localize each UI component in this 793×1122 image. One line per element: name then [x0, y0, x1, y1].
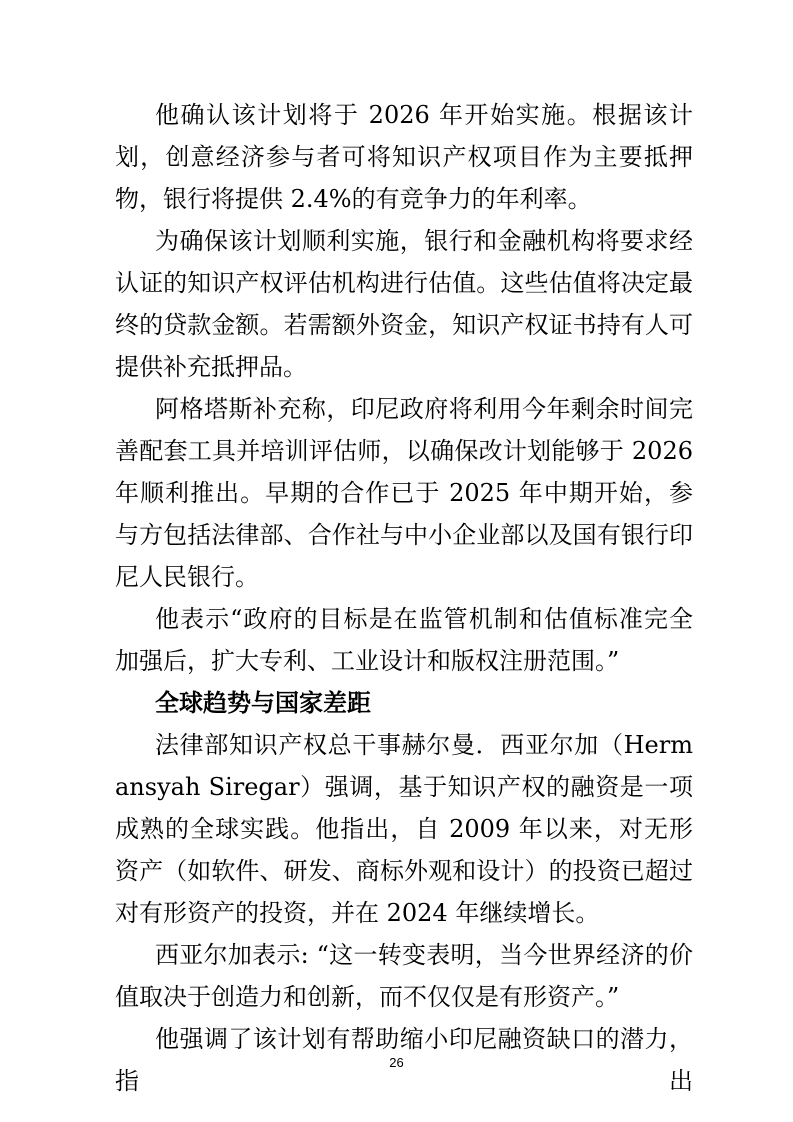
paragraph: 他表示“政府的目标是在监管机制和估值标准完全加强后，扩大专利、工业设计和版权注册… — [115, 598, 693, 682]
page-number: 26 — [0, 1055, 793, 1070]
document-page: 他确认该计划将于 2026 年开始实施。根据该计划，创意经济参与者可将知识产权项… — [0, 0, 793, 1122]
paragraph: 阿格塔斯补充称，印尼政府将利用今年剩余时间完善配套工具并培训评估师，以确保改计划… — [115, 388, 693, 598]
paragraph: 西亚尔加表示: “这一转变表明，当今世界经济的价值取决于创造力和创新，而不仅仅是… — [115, 934, 693, 1018]
paragraph: 法律部知识产权总干事赫尔曼．西亚尔加（Hermansyah Siregar）强调… — [115, 724, 693, 934]
section-heading: 全球趋势与国家差距 — [115, 682, 693, 724]
paragraph: 他确认该计划将于 2026 年开始实施。根据该计划，创意经济参与者可将知识产权项… — [115, 94, 693, 220]
document-body: 他确认该计划将于 2026 年开始实施。根据该计划，创意经济参与者可将知识产权项… — [115, 94, 693, 1102]
paragraph: 为确保该计划顺利实施，银行和金融机构将要求经认证的知识产权评估机构进行估值。这些… — [115, 220, 693, 388]
